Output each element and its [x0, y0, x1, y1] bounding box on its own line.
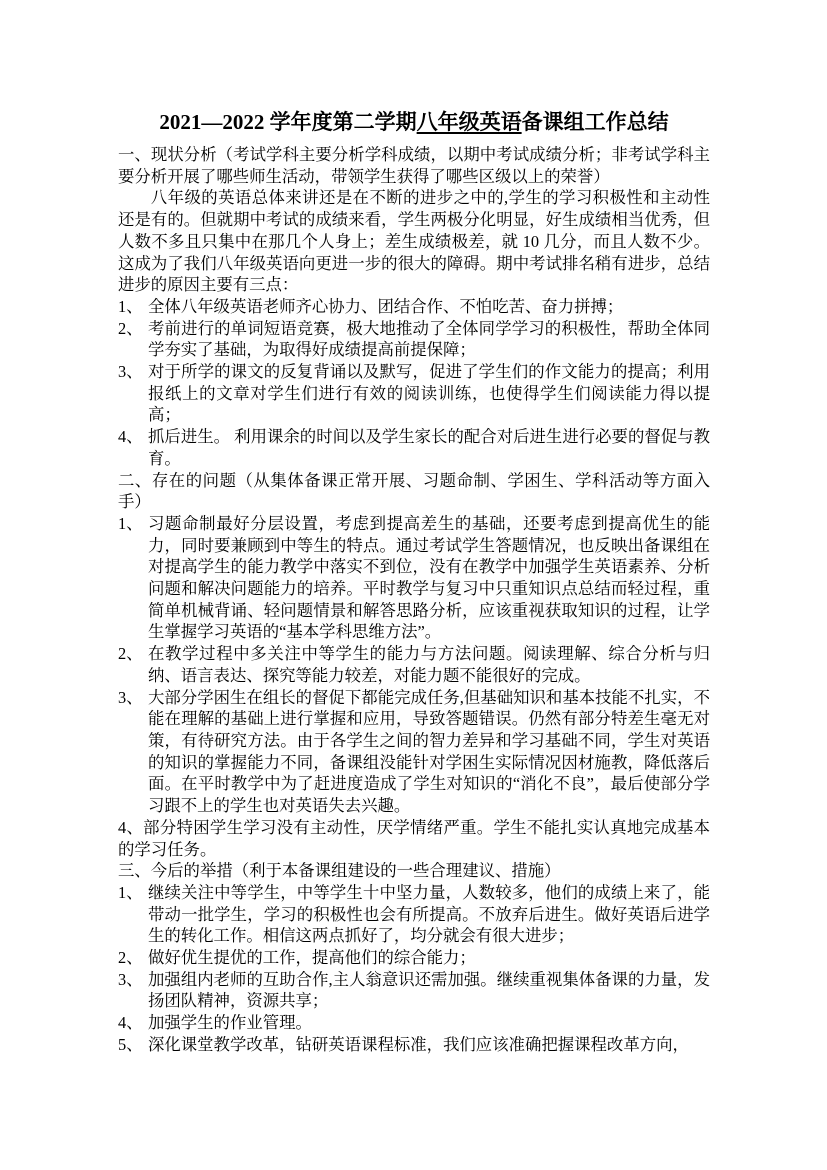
list-item-number: 4、: [118, 1012, 148, 1034]
list-item-text: 加强组内老师的互助合作,主人翁意识还需加强。继续重视集体备课的力量，发扬团队精神…: [148, 969, 710, 1012]
list-item-text: 大部分学困生在组长的督促下都能完成任务,但基础知识和基本技能不扎实，不能在理解的…: [148, 687, 710, 817]
section2-list-item-4-flush: 4、部分特困学生学习没有主动性，厌学情绪严重。学生不能扎实认真地完成基本的学习任…: [118, 817, 710, 860]
list-item-number: 2、: [118, 643, 148, 665]
section3-list-item-4: 4、 加强学生的作业管理。: [118, 1012, 710, 1034]
section1-list-item-2: 2、 考前进行的单词短语竞赛，极大地推动了全体同学学习的积极性，帮助全体同学夯实…: [118, 318, 710, 361]
section2-list-item-1: 1、 习题命制最好分层设置，考虑到提高差生的基础，还要考虑到提高优生的能力，同时…: [118, 513, 710, 643]
title-part3: 备课组工作总结: [522, 110, 669, 134]
section3-list-item-1: 1、 继续关注中等学生，中等学生十中坚力量，人数较多，他们的成绩上来了，能带动一…: [118, 882, 710, 947]
document-page: 2021—2022 学年度第二学期八年级英语备课组工作总结 一、现状分析（考试学…: [0, 0, 827, 1170]
section3-list-item-2: 2、 做好优生提优的工作，提高他们的综合能力；: [118, 947, 710, 969]
list-item-text: 全体八年级英语老师齐心协力、团结合作、不怕吃苦、奋力拼搏；: [148, 296, 710, 318]
section2-list-item-3: 3、 大部分学困生在组长的督促下都能完成任务,但基础知识和基本技能不扎实，不能在…: [118, 687, 710, 817]
list-item-text: 继续关注中等学生，中等学生十中坚力量，人数较多，他们的成绩上来了，能带动一批学生…: [148, 882, 710, 947]
list-item-number: 3、: [118, 361, 148, 383]
list-item-text: 加强学生的作业管理。: [148, 1012, 710, 1034]
document-body: 一、现状分析（考试学科主要分析学科成绩，以期中考试成绩分析；非考试学科主要分析开…: [118, 144, 710, 1056]
section3-heading: 三、今后的举措（利于本备课组建设的一些合理建议、措施）: [118, 860, 710, 882]
list-item-text: 对于所学的课文的反复背诵以及默写，促进了学生们的作文能力的提高；利用报纸上的文章…: [148, 361, 710, 426]
list-item-number: 2、: [118, 318, 148, 340]
section1-list-item-4: 4、 抓后进生。 利用课余的时间以及学生家长的配合对后进生进行必要的督促与教育。: [118, 426, 710, 469]
section1-intro-paragraph: 八年级的英语总体来讲还是在不断的进步之中的,学生的学习积极性和主动性还是有的。但…: [118, 187, 710, 296]
list-item-text: 深化课堂教学改革，钻研英语课程标准，我们应该准确把握课程改革方向，: [148, 1034, 710, 1056]
section1-list-item-3: 3、 对于所学的课文的反复背诵以及默写，促进了学生们的作文能力的提高；利用报纸上…: [118, 361, 710, 426]
list-item-text: 做好优生提优的工作，提高他们的综合能力；: [148, 947, 710, 969]
list-item-text: 在教学过程中多关注中等学生的能力与方法问题。阅读理解、综合分析与归纳、语言表达、…: [148, 643, 710, 686]
list-item-text: 抓后进生。 利用课余的时间以及学生家长的配合对后进生进行必要的督促与教育。: [148, 426, 710, 469]
title-underlined-part: 八年级英语: [417, 110, 522, 134]
list-item-number: 5、: [118, 1034, 148, 1056]
section3-list-item-5: 5、 深化课堂教学改革，钻研英语课程标准，我们应该准确把握课程改革方向，: [118, 1034, 710, 1056]
title-part1: 2021—2022 学年度第二学期: [159, 110, 416, 134]
section1-list-item-1: 1、 全体八年级英语老师齐心协力、团结合作、不怕吃苦、奋力拼搏；: [118, 296, 710, 318]
list-item-number: 2、: [118, 947, 148, 969]
section3-list-item-3: 3、 加强组内老师的互助合作,主人翁意识还需加强。继续重视集体备课的力量，发扬团…: [118, 969, 710, 1012]
list-item-number: 4、: [118, 426, 148, 448]
document-title: 2021—2022 学年度第二学期八年级英语备课组工作总结: [118, 106, 710, 138]
list-item-number: 3、: [118, 969, 148, 991]
section2-heading: 二、存在的问题（从集体备课正常开展、习题命制、学困生、学科活动等方面入手）: [118, 470, 710, 513]
section1-heading: 一、现状分析（考试学科主要分析学科成绩，以期中考试成绩分析；非考试学科主要分析开…: [118, 144, 710, 187]
list-item-number: 1、: [118, 513, 148, 535]
list-item-number: 1、: [118, 882, 148, 904]
list-item-number: 1、: [118, 296, 148, 318]
list-item-text: 考前进行的单词短语竞赛，极大地推动了全体同学学习的积极性，帮助全体同学夯实了基础…: [148, 318, 710, 361]
section2-list-item-2: 2、 在教学过程中多关注中等学生的能力与方法问题。阅读理解、综合分析与归纳、语言…: [118, 643, 710, 686]
list-item-number: 3、: [118, 687, 148, 709]
list-item-text: 习题命制最好分层设置，考虑到提高差生的基础，还要考虑到提高优生的能力，同时要兼顾…: [148, 513, 710, 643]
